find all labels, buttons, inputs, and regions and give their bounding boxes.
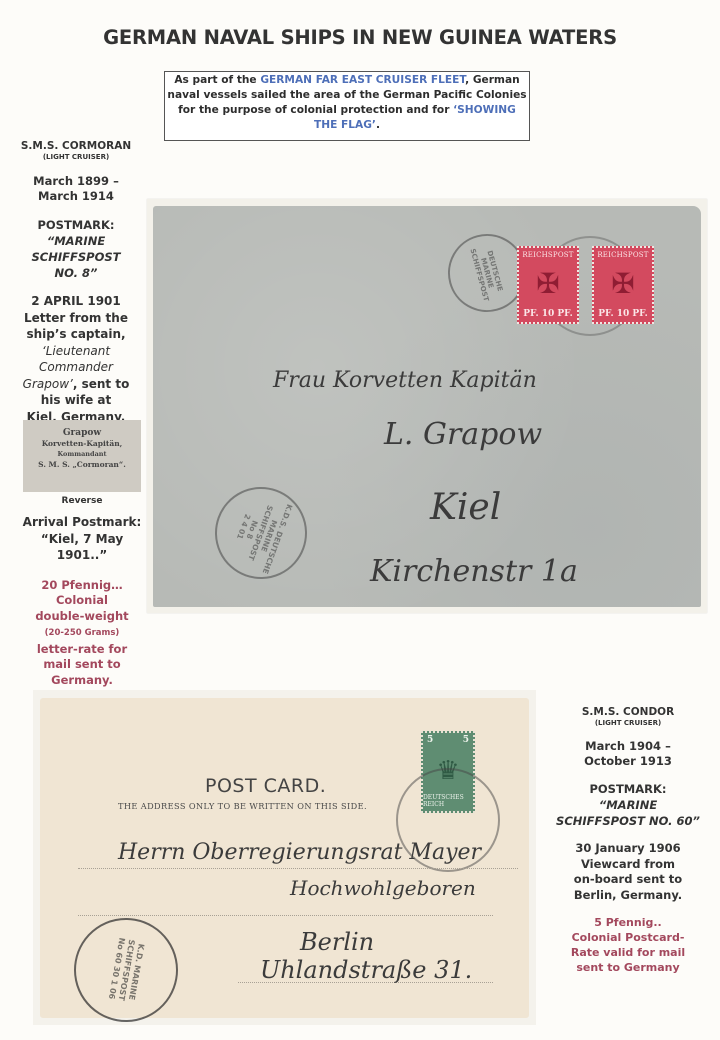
condor-desc-line: 30 January 1906 xyxy=(536,841,720,857)
arrival-postmark: Arrival Postmark: “Kiel, 7 May 1901..” xyxy=(0,514,164,564)
rate-line: sent to Germany xyxy=(536,960,720,975)
condor-desc-line: Viewcard from xyxy=(536,857,720,873)
rate-line: 20 Pfennig… xyxy=(0,578,164,594)
stamp-value: 5 xyxy=(463,735,469,745)
rate-line: Germany. xyxy=(0,673,164,689)
cormoran-desc-line: ship’s captain, xyxy=(0,326,152,343)
cancel-text: DEUTSCHE MARINE SCHIFFSPOST xyxy=(466,234,508,312)
reverse-caption: Reverse xyxy=(0,496,164,506)
rate-line: mail sent to xyxy=(0,657,164,673)
cormoran-postmark-line2: SCHIFFSPOST xyxy=(32,250,121,264)
postcard-address-line1: Herrn Oberregierungsrat Mayer xyxy=(118,840,481,865)
condor-postmark-label: POSTMARK: xyxy=(536,781,720,797)
cormoran-rate-note: 20 Pfennig… Colonial double-weight (20-2… xyxy=(0,578,164,689)
reverse-handstamp-image: Grapow Korvetten-Kapitän, Kommandant S. … xyxy=(23,420,141,492)
stamp-inscription: REICHSPOST xyxy=(597,251,648,259)
postcard-title: POST CARD. xyxy=(205,775,326,797)
page-title: GERMAN NAVAL SHIPS IN NEW GUINEA WATERS xyxy=(0,26,720,49)
address-line-guide xyxy=(78,868,518,869)
condor-ship-name: S.M.S. CONDOR xyxy=(536,706,720,718)
rate-line: Rate valid for mail xyxy=(536,945,720,960)
eagle-icon: ✠ xyxy=(536,270,559,298)
cormoran-letter-date: 2 APRIL 1901 xyxy=(0,293,152,310)
arrival-line: “Kiel, 7 May xyxy=(0,531,164,548)
intro-box: As part of the GERMAN FAR EAST CRUISER F… xyxy=(164,71,530,141)
condor-postmark-line2: SCHIFFSPOST NO. 60” xyxy=(556,814,700,828)
envelope-address-line2: L. Grapow xyxy=(384,417,542,452)
rate-line: Colonial xyxy=(0,593,164,609)
eagle-icon: ✠ xyxy=(611,270,634,298)
stamp-value: PF. 10 PF. xyxy=(523,309,573,319)
rate-line: Colonial Postcard- xyxy=(536,930,720,945)
cormoran-info: S.M.S. CORMORAN (LIGHT CRUISER) March 18… xyxy=(0,140,152,425)
cormoran-service-dates: March 1899 – March 1914 xyxy=(0,174,152,204)
handstamp-line: Kommandant xyxy=(23,449,141,460)
arrival-line: Arrival Postmark: xyxy=(0,514,164,531)
intro-text-3: . xyxy=(376,119,380,131)
condor-date-end: October 1913 xyxy=(536,754,720,769)
postcard-subtitle: THE ADDRESS ONLY TO BE WRITTEN ON THIS S… xyxy=(118,801,367,811)
condor-postmark-line1: “MARINE xyxy=(599,798,657,812)
condor-description: 30 January 1906 Viewcard from on-board s… xyxy=(536,841,720,903)
cormoran-captain-name: Grapow’ xyxy=(23,377,73,391)
condor-date-start: March 1904 – xyxy=(536,739,720,754)
cormoran-ship-name: S.M.S. CORMORAN xyxy=(0,140,152,152)
cormoran-arrival-info: Reverse Arrival Postmark: “Kiel, 7 May 1… xyxy=(0,496,164,688)
stamp-inscription: REICHSPOST xyxy=(522,251,573,259)
cormoran-desc-line: , sent to xyxy=(73,377,129,391)
rate-line: letter-rate for xyxy=(0,642,164,658)
intro-highlight-fleet: GERMAN FAR EAST CRUISER FLEET xyxy=(260,74,465,86)
postcard-address-line4: Uhlandstraße 31. xyxy=(260,956,472,984)
postcard-address-line2: Hochwohlgeboren xyxy=(290,876,476,900)
cormoran-date-end: March 1914 xyxy=(0,189,152,204)
reichspost-stamp-2: REICHSPOST ✠ PF. 10 PF. xyxy=(592,246,654,324)
handstamp-line: S. M. S. „Cormoran“. xyxy=(23,460,141,471)
envelope-address-line4: Kirchenstr 1a xyxy=(370,554,578,589)
stamp-value: 5 xyxy=(427,735,433,745)
postcard-address-line3: Berlin xyxy=(300,928,374,956)
condor-desc-line: Berlin, Germany. xyxy=(536,888,720,904)
cormoran-description: 2 APRIL 1901 Letter from the ship’s capt… xyxy=(0,293,152,425)
condor-postmark: POSTMARK: “MARINE SCHIFFSPOST NO. 60” xyxy=(536,781,720,829)
cormoran-desc-line: Letter from the xyxy=(0,310,152,327)
cormoran-postmark-line1: “MARINE xyxy=(47,234,105,248)
cormoran-ship-type: (LIGHT CRUISER) xyxy=(0,153,152,161)
condor-desc-line: on-board sent to xyxy=(536,872,720,888)
rate-weight: (20-250 Grams) xyxy=(45,628,120,638)
reichspost-stamp-1: REICHSPOST ✠ PF. 10 PF. xyxy=(517,246,579,324)
cormoran-captain-name: Commander xyxy=(39,360,113,374)
condor-info: S.M.S. CONDOR (LIGHT CRUISER) March 1904… xyxy=(536,706,720,975)
cancel-text: K.D. MARINE SCHIFFSPOST No 60 30 1 06 xyxy=(105,933,147,1007)
rate-line: double-weight xyxy=(0,609,164,625)
rate-line: 5 Pfennig.. xyxy=(536,915,720,930)
handstamp-line: Grapow xyxy=(23,428,141,439)
cormoran-postmark-line3: NO. 8” xyxy=(55,266,98,280)
condor-service-dates: March 1904 – October 1913 xyxy=(536,739,720,769)
cormoran-date-start: March 1899 – xyxy=(0,174,152,189)
arrival-line: 1901..” xyxy=(0,547,164,564)
condor-ship-type: (LIGHT CRUISER) xyxy=(536,719,720,727)
intro-text-1: As part of the xyxy=(174,74,260,86)
envelope-address-line1: Frau Korvetten Kapitän xyxy=(273,368,537,393)
condor-rate-note: 5 Pfennig.. Colonial Postcard- Rate vali… xyxy=(536,915,720,975)
handstamp-line: Korvetten-Kapitän, xyxy=(23,439,141,450)
stamp-value: PF. 10 PF. xyxy=(598,309,648,319)
address-line-guide xyxy=(78,915,493,916)
envelope-address-line3: Kiel xyxy=(430,487,501,528)
cormoran-desc-line: his wife at xyxy=(0,392,152,409)
cormoran-postmark: POSTMARK: “MARINE SCHIFFSPOST NO. 8” xyxy=(0,217,152,281)
cormoran-captain-name: ‘Lieutenant xyxy=(42,344,110,358)
cormoran-postmark-label: POSTMARK: xyxy=(0,217,152,233)
